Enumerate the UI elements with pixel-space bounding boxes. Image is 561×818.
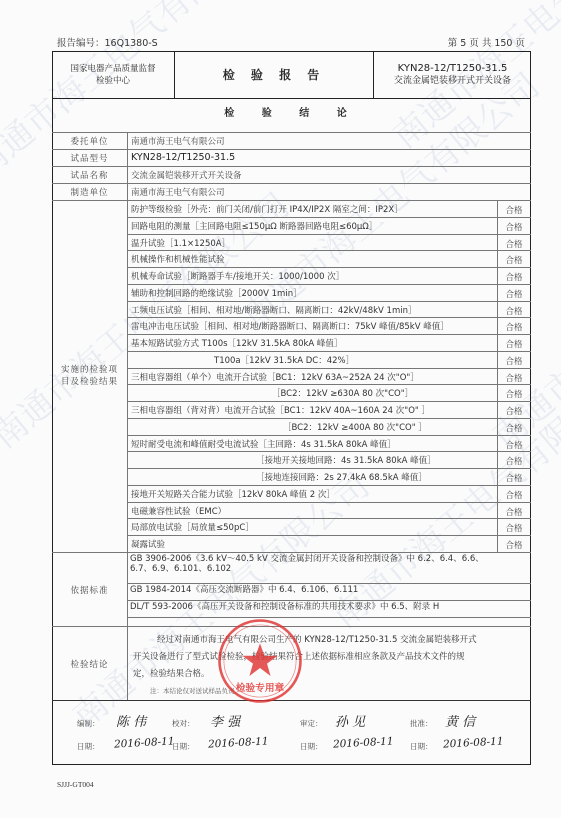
test-item: 短时耐受电流和峰值耐受电流试验［主回路：4s 31.5kA 80kA 峰值］: [131, 438, 396, 450]
signature-role: 批准：: [410, 718, 433, 729]
test-result: 合格: [497, 254, 531, 266]
test-result: 合格: [497, 372, 531, 384]
row-divider: [127, 485, 531, 486]
conclusion-note: 注：本结论仅对送试样品负责。: [150, 686, 241, 695]
issuer-cell: 国家电器产品质量监督 检验中心: [52, 51, 174, 99]
info-value: KYN28-12/T1250-31.5: [131, 152, 235, 163]
row-divider: [127, 284, 531, 285]
test-result: 合格: [497, 204, 531, 216]
report-number: 报告编号：16Q1380-S: [57, 35, 158, 49]
test-item: 凝露试验: [131, 538, 165, 550]
standard-reference-cont: 6.7、6.9、6.101、6.102: [130, 565, 231, 574]
test-item: 工频电压试验［相间、相对地/断路器断口、隔离断口：42kV/48kV 1min］: [131, 304, 416, 316]
standard-reference: GB 1984-2014《高压交流断路器》中 6.4、6.106、6.111: [130, 586, 358, 595]
test-item: 局部放电试验［局放量≤50pC］: [131, 521, 254, 533]
issuer-name: 国家电器产品质量监督: [70, 63, 155, 75]
test-result: 合格: [497, 271, 531, 283]
section-divider: [52, 626, 531, 627]
test-item: ［BC2：12kV ≥630A 80 次"CO"］: [272, 387, 413, 399]
issuer-dept: 检验中心: [70, 75, 155, 87]
row-divider: [127, 267, 531, 268]
date-label: 日期：: [172, 741, 195, 752]
row-divider: [127, 518, 531, 519]
product-name: 交流金属铠装移开式开关设备: [394, 75, 511, 87]
page-indicator: 第 5 页 共 150 页: [448, 35, 525, 49]
row-divider: [127, 600, 531, 601]
row-divider: [127, 334, 531, 335]
test-result: 合格: [497, 422, 531, 434]
row-divider: [52, 183, 531, 184]
test-item: 回路电阻的测量［主回路电阻≤150μΩ 断路器回路电阻≤60μΩ］: [131, 220, 377, 232]
product-cell: KYN28-12/T1250-31.5 交流金属铠装移开式开关设备: [374, 51, 531, 99]
row-divider: [52, 200, 531, 201]
test-item: T100a［12kV 31.5kA DC：42%］: [214, 354, 354, 366]
signature-role: 编制：: [77, 718, 100, 729]
conclusion-text: 定，检验结果合格。: [133, 668, 493, 680]
test-result: 合格: [497, 288, 531, 300]
date-label: 日期：: [410, 741, 433, 752]
test-item: 机械操作和机械性能试验: [131, 253, 225, 265]
conclusion-text: 开关设备进行了型式试验检验，检验结果符合上述依据标准相应条款及产品技术文件的规: [133, 651, 493, 663]
test-item: 雷电冲击电压试验［相间、相对地/断路器断口、隔离断口：75kV 峰值/85kV …: [131, 320, 449, 332]
standard-reference: GB 3906-2006《3.6 kV～40.5 kV 交流金属封闭开关设备和控…: [130, 555, 484, 564]
test-item: 防护等级检验［外壳：前门关闭/前门打开 IP4X/IP2X 隔室之间：IP2X］: [131, 203, 403, 215]
form-code: SJJJ-GT004: [57, 780, 94, 789]
product-model: KYN28-12/T1250-31.5: [394, 63, 511, 75]
row-divider: [127, 468, 531, 469]
test-result: 合格: [497, 439, 531, 451]
row-divider: [127, 217, 531, 218]
doc-title: 检 验 报 告: [174, 51, 374, 99]
test-result: 合格: [497, 321, 531, 333]
row-divider: [127, 617, 531, 618]
test-item: 机械寿命试验［断路器手车/接地开关：1000/1000 次］: [131, 270, 344, 282]
signature: 陈 伟: [116, 711, 146, 730]
row-divider: [127, 418, 531, 419]
test-result: 合格: [497, 522, 531, 534]
row-divider: [127, 435, 531, 436]
test-item: ［BC2：12kV ≥400A 80 次"CO" ］: [283, 421, 427, 433]
row-divider: [52, 166, 531, 167]
standard-reference: DL/T 593-2006《高压开关设备和控制设备标准的共用技术要求》中 6.5…: [130, 603, 439, 612]
signature: 孙 见: [335, 711, 365, 730]
info-value: 南通市海王电气有限公司: [131, 186, 225, 198]
row-divider: [127, 368, 531, 369]
test-result: 合格: [497, 305, 531, 317]
row-divider: [127, 234, 531, 235]
info-value: 交流金属铠装移开式开关设备: [131, 169, 242, 181]
signature-role: 审定：: [300, 718, 323, 729]
section-divider: [52, 552, 531, 553]
test-result: 合格: [497, 489, 531, 501]
date-label: 日期：: [300, 741, 323, 752]
row-divider: [127, 502, 531, 503]
date-label: 日期：: [77, 741, 100, 752]
info-label: 试品型号: [52, 152, 127, 164]
label-column-divider: [127, 132, 128, 700]
test-item: 接地开关短路关合能力试验［12kV 80kA 峰值 2 次］: [131, 488, 335, 500]
test-result: 合格: [497, 455, 531, 467]
row-divider: [127, 250, 531, 251]
test-result: 合格: [497, 405, 531, 417]
row-divider: [127, 401, 531, 402]
test-item: 辅助和控制回路的绝缘试验［2000V 1min］: [131, 287, 302, 299]
signature: 黄 信: [445, 711, 475, 730]
conclusion-label: 检验结论: [52, 658, 127, 670]
test-item: ［接地连接回路：2s 27.4kA 68.5kA 峰值］: [256, 471, 427, 483]
section-title: 检 验 结 论: [52, 104, 531, 119]
info-label: 试品名称: [52, 169, 127, 181]
signature-role: 校对：: [172, 718, 195, 729]
test-result: 合格: [497, 338, 531, 350]
row-divider: [127, 535, 531, 536]
test-result: 合格: [497, 472, 531, 484]
conclusion-text: 经过对南通市海王电气有限公司生产的 KYN28-12/T1250-31.5 交流…: [133, 634, 493, 646]
row-divider: [127, 451, 531, 452]
test-result: 合格: [497, 388, 531, 400]
test-result: 合格: [497, 238, 531, 250]
test-result: 合格: [497, 355, 531, 367]
standards-label: 依据标准: [52, 584, 127, 596]
row-divider: [127, 583, 531, 584]
test-result: 合格: [497, 221, 531, 233]
row-divider: [127, 317, 531, 318]
info-label: 委托单位: [52, 135, 127, 147]
section-divider: [52, 132, 531, 133]
row-divider: [127, 301, 531, 302]
test-item: ［接地开关接地回路：4s 31.5kA 80kA 峰值］: [256, 454, 436, 466]
result-column-divider: [497, 200, 498, 552]
info-value: 南通市海王电气有限公司: [131, 135, 225, 147]
test-result: 合格: [497, 506, 531, 518]
row-divider: [52, 149, 531, 150]
test-item: 温升试验［1.1×1250A］: [131, 237, 230, 249]
row-divider: [127, 384, 531, 385]
row-divider: [127, 351, 531, 352]
signature: 李 强: [210, 711, 240, 730]
info-label: 制造单位: [52, 186, 127, 198]
test-item: 三相电容器组（单个）电流开合试验［BC1：12kV 63A~252A 24 次"…: [131, 371, 419, 383]
test-result: 合格: [497, 539, 531, 551]
test-item: 电磁兼容性试验（EMC）: [131, 505, 226, 517]
test-item: 三相电容器组（背对背）电流开合试验［BC1：12kV 40A~160A 24 次…: [131, 404, 430, 416]
signature-divider: [52, 700, 531, 701]
test-item: 基本短路试验方式 T100s［12kV 31.5kA 80kA 峰值］: [131, 337, 342, 349]
tests-label: 实施的检验项目及检验结果: [52, 364, 127, 388]
